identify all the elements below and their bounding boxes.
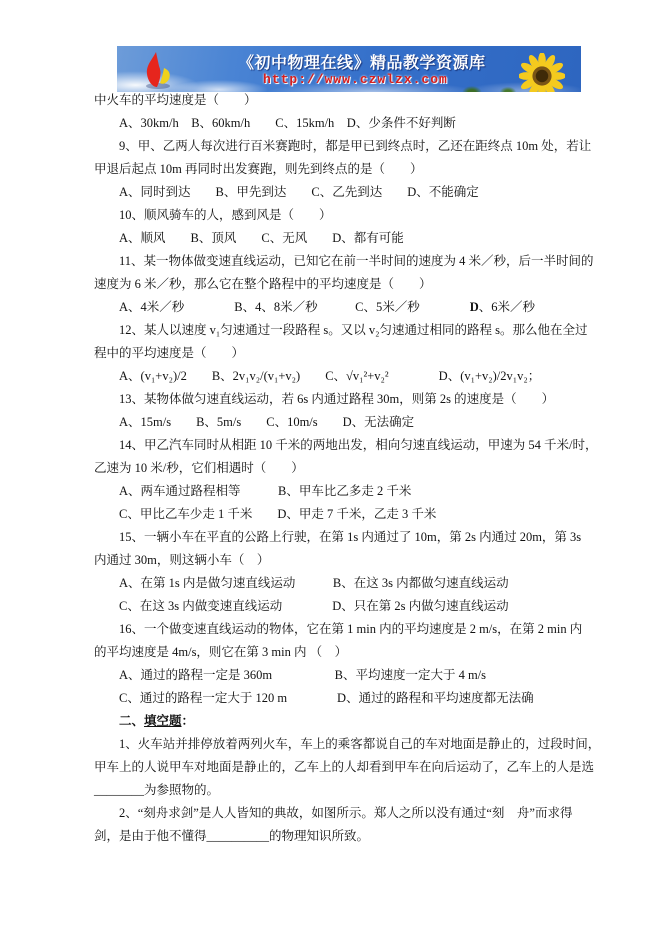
text-run: 的平均速度是 4m/s，则它在第 3 min 内 （ ） bbox=[94, 645, 347, 659]
text-line: 14、甲乙汽车同时从相距 10 千米的两地出发，相向匀速直线运动，甲速为 54 … bbox=[94, 434, 574, 457]
sunflower-icon bbox=[519, 53, 565, 92]
text-line: 内通过 30m，则这辆小车（ ） bbox=[94, 549, 574, 572]
text-line: A、通过的路程一定是 360m B、平均速度一定大于 4 m/s bbox=[94, 664, 574, 687]
worksheet-page: 《初中物理在线》精品教学资源库 http://www.czwlzx.com bbox=[0, 0, 661, 935]
text-line: C、通过的路程一定大于 120 m D、通过的路程和平均速度都无法确 bbox=[94, 687, 574, 710]
text-line: 10、顺风骑车的人，感到风是（ ） bbox=[94, 204, 574, 227]
text-run: D bbox=[470, 300, 479, 314]
text-run: 程中的平均速度是（ ） bbox=[94, 346, 244, 360]
text-line: 2、“刻舟求剑”是人人皆知的典故，如图所示。郑人之所以没有通过“刻 舟”而求得 bbox=[94, 802, 574, 825]
text-run: 1、火车站并排停放着两列火车，车上的乘客都说自己的车对地面是静止的，过段时间， bbox=[119, 737, 600, 751]
text-run: 填空题 bbox=[144, 714, 182, 728]
text-run: 2、“刻舟求剑”是人人皆知的典故，如图所示。郑人之所以没有通过“刻 舟”而求得 bbox=[119, 806, 572, 820]
text-line: 速度为 6 米／秒，那么它在整个路程中的平均速度是（ ） bbox=[94, 273, 574, 296]
text-line: 9、甲、乙两人每次进行百米赛跑时，都是甲已到终点时，乙还在距终点 10m 处，若… bbox=[94, 135, 574, 158]
text-line: A、顺风 B、顶风 C、无风 D、都有可能 bbox=[94, 227, 574, 250]
text-line: A、同时到达 B、甲先到达 C、乙先到达 D、不能确定 bbox=[94, 181, 574, 204]
banner-title: 《初中物理在线》精品教学资源库 bbox=[238, 50, 486, 73]
text-run: 13、某物体做匀速直线运动，若 6s 内通过路程 30m，则第 2s 的速度是（… bbox=[119, 392, 554, 406]
text-run: 16、一个做变速直线运动的物体，它在第 1 min 内的平均速度是 2 m/s，… bbox=[119, 622, 582, 636]
text-run: 9、甲、乙两人每次进行百米赛跑时，都是甲已到终点时，乙还在距终点 10m 处，若… bbox=[119, 139, 591, 153]
text-run: 的物理知识所致。 bbox=[269, 829, 369, 843]
text-run: 中火车的平均速度是（ ） bbox=[94, 93, 257, 107]
text-run: ： bbox=[182, 714, 195, 728]
text-run: 剑，是由于他不懂得 bbox=[94, 829, 207, 843]
text-run: 甲车上的人说甲车对地面是静止的，乙车上的人却看到甲车在向后运动了，乙车上的人是选 bbox=[94, 760, 594, 774]
text-run: A、(v₁+v₂)/2 B、2v₁v₂/(v₁+v₂) C、√v₁²+v₂² D… bbox=[119, 369, 540, 383]
text-line: 甲退后起点 10m 再同时出发赛跑，则先到终点的是（ ） bbox=[94, 158, 574, 181]
text-run: C、甲比乙车少走 1 千米 D、甲走 7 千米，乙走 3 千米 bbox=[119, 507, 436, 521]
flame-logo-icon bbox=[137, 49, 179, 91]
text-line: 程中的平均速度是（ ） bbox=[94, 342, 574, 365]
text-line: 二、填空题： bbox=[94, 710, 574, 733]
text-line: 11、某一物体做变速直线运动，已知它在前一半时间的速度为 4 米／秒，后一半时间… bbox=[94, 250, 574, 273]
text-line: 剑，是由于他不懂得__________的物理知识所致。 bbox=[94, 825, 574, 848]
text-run: 为参照物的。 bbox=[144, 783, 219, 797]
text-line: A、30km/h B、60km/h C、15km/h D、少条件不好判断 bbox=[94, 112, 574, 135]
text-line: A、两车通过路程相等 B、甲车比乙多走 2 千米 bbox=[94, 480, 574, 503]
text-line: A、15m/s B、5m/s C、10m/s D、无法确定 bbox=[94, 411, 574, 434]
text-run: 速度为 6 米／秒，那么它在整个路程中的平均速度是（ ） bbox=[94, 277, 432, 291]
text-run: 11、某一物体做变速直线运动，已知它在前一半时间的速度为 4 米／秒，后一半时间… bbox=[119, 254, 594, 268]
text-run: A、两车通过路程相等 B、甲车比乙多走 2 千米 bbox=[119, 484, 411, 498]
text-run: 10、顺风骑车的人，感到风是（ ） bbox=[119, 208, 332, 222]
text-run: 、6米／秒 bbox=[479, 300, 535, 314]
text-run: 14、甲乙汽车同时从相距 10 千米的两地出发，相向匀速直线运动，甲速为 54 … bbox=[119, 438, 597, 452]
document-body: 中火车的平均速度是（ ）A、30km/h B、60km/h C、15km/h D… bbox=[94, 89, 574, 848]
text-run: 15、一辆小车在平直的公路上行驶，在第 1s 内通过了 10m，第 2s 内通过… bbox=[119, 530, 581, 544]
text-run: __________ bbox=[207, 829, 270, 843]
text-run: A、15m/s B、5m/s C、10m/s D、无法确定 bbox=[119, 415, 414, 429]
text-run: A、30km/h B、60km/h C、15km/h D、少条件不好判断 bbox=[119, 116, 456, 130]
text-line: 乙速为 10 米/秒，它们相遇时（ ） bbox=[94, 457, 574, 480]
text-line: 15、一辆小车在平直的公路上行驶，在第 1s 内通过了 10m，第 2s 内通过… bbox=[94, 526, 574, 549]
text-run: C、通过的路程一定大于 120 m D、通过的路程和平均速度都无法确 bbox=[119, 691, 534, 705]
text-run: 内通过 30m，则这辆小车（ ） bbox=[94, 553, 269, 567]
text-run: 甲退后起点 10m 再同时出发赛跑，则先到终点的是（ ） bbox=[94, 162, 422, 176]
text-line: A、(v₁+v₂)/2 B、2v₁v₂/(v₁+v₂) C、√v₁²+v₂² D… bbox=[94, 365, 574, 388]
text-line: A、在第 1s 内是做匀速直线运动 B、在这 3s 内都做匀速直线运动 bbox=[94, 572, 574, 595]
text-line: ________为参照物的。 bbox=[94, 779, 574, 802]
text-run: A、在第 1s 内是做匀速直线运动 B、在这 3s 内都做匀速直线运动 bbox=[119, 576, 509, 590]
site-banner: 《初中物理在线》精品教学资源库 http://www.czwlzx.com bbox=[117, 46, 581, 92]
text-run: 乙速为 10 米/秒，它们相遇时（ ） bbox=[94, 461, 304, 475]
text-run: A、通过的路程一定是 360m B、平均速度一定大于 4 m/s bbox=[119, 668, 486, 682]
text-run: C、在这 3s 内做变速直线运动 D、只在第 2s 内做匀速直线运动 bbox=[119, 599, 509, 613]
text-line: 的平均速度是 4m/s，则它在第 3 min 内 （ ） bbox=[94, 641, 574, 664]
text-run: 12、某人以速度 v₁匀速通过一段路程 s。又以 v₂匀速通过相同的路程 s。那… bbox=[119, 323, 587, 337]
banner-url: http://www.czwlzx.com bbox=[263, 72, 448, 87]
text-line: 12、某人以速度 v₁匀速通过一段路程 s。又以 v₂匀速通过相同的路程 s。那… bbox=[94, 319, 574, 342]
text-line: 中火车的平均速度是（ ） bbox=[94, 89, 574, 112]
text-line: 甲车上的人说甲车对地面是静止的，乙车上的人却看到甲车在向后运动了，乙车上的人是选 bbox=[94, 756, 574, 779]
text-line: 13、某物体做匀速直线运动，若 6s 内通过路程 30m，则第 2s 的速度是（… bbox=[94, 388, 574, 411]
text-run: A、4米／秒 B、4、8米／秒 C、5米／秒 bbox=[119, 300, 470, 314]
text-line: C、甲比乙车少走 1 千米 D、甲走 7 千米，乙走 3 千米 bbox=[94, 503, 574, 526]
text-line: C、在这 3s 内做变速直线运动 D、只在第 2s 内做匀速直线运动 bbox=[94, 595, 574, 618]
text-line: 1、火车站并排停放着两列火车，车上的乘客都说自己的车对地面是静止的，过段时间， bbox=[94, 733, 574, 756]
text-run: ________ bbox=[94, 783, 144, 797]
text-line: A、4米／秒 B、4、8米／秒 C、5米／秒 D、6米／秒 bbox=[94, 296, 574, 319]
text-run: A、顺风 B、顶风 C、无风 D、都有可能 bbox=[119, 231, 404, 245]
text-run: 二、 bbox=[119, 714, 144, 728]
text-run: A、同时到达 B、甲先到达 C、乙先到达 D、不能确定 bbox=[119, 185, 479, 199]
text-line: 16、一个做变速直线运动的物体，它在第 1 min 内的平均速度是 2 m/s，… bbox=[94, 618, 574, 641]
